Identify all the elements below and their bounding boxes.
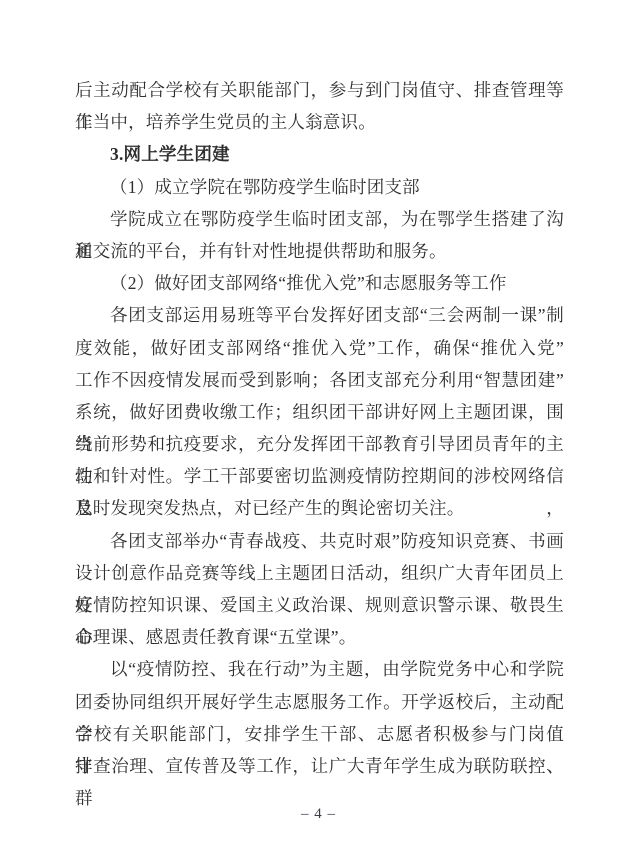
text-line: 各团支部运用易班等平台发挥好团支部“三会两制一课”制 [75,299,564,331]
text-line: 和交流的平台，并有针对性地提供帮助和服务。 [75,235,564,267]
section-heading: 3.网上学生团建 [75,138,564,170]
text-line: 各团支部举办“青春战疫、共克时艰”防疫知识竞赛、书画 [75,525,564,557]
text-line: 心理课、感恩责任教育课“五堂课”。 [75,621,564,653]
text-line: 排查治理、宣传普及等工作，让广大青年学生成为联防联控、群 [75,750,564,782]
text-line: 工作不因疫情发展而受到影响；各团支部充分利用“智慧团建” [75,364,564,396]
text-line: 以“疫情防控、我在行动”为主题，由学院党务中心和学院 [75,653,564,685]
text-line: 学院成立在鄂防疫学生临时团支部，为在鄂学生搭建了沟通 [75,203,564,235]
document-page: 后主动配合学校有关职能部门，参与到门岗值守、排查管理等工 作当中，培养学生党员的… [0,0,637,865]
text-line: 学校有关职能部门，安排学生干部、志愿者积极参与门岗值守、 [75,718,564,750]
text-line: 团委协同组织开展好学生志愿服务工作。开学返校后，主动配合 [75,686,564,718]
text-line: 疫情防控知识课、爱国主义政治课、规则意识警示课、敬畏生命 [75,589,564,621]
text-line: 后主动配合学校有关职能部门，参与到门岗值守、排查管理等工 [75,74,564,106]
document-text-block: 后主动配合学校有关职能部门，参与到门岗值守、排查管理等工 作当中，培养学生党员的… [75,74,564,782]
text-line: 作当中，培养学生党员的主人翁意识。 [75,106,564,138]
text-line: 性和针对性。学工干部要密切监测疫情防控期间的涉校网络信息， [75,460,564,492]
text-line: 系统，做好团费收缴工作；组织团干部讲好网上主题团课，围绕 [75,396,564,428]
text-line: 度效能，做好团支部网络“推优入党”工作，确保“推优入党” [75,332,564,364]
text-line: 设计创意作品竞赛等线上主题团日活动，组织广大青年团员上好 [75,557,564,589]
text-line: 当前形势和抗疫要求，充分发挥团干部教育引导团员青年的主动 [75,428,564,460]
subsection-heading: （2）做好团支部网络“推优入党”和志愿服务等工作 [75,267,564,299]
page-number: – 4 – [0,802,637,826]
subsection-heading: （1）成立学院在鄂防疫学生临时团支部 [75,171,564,203]
